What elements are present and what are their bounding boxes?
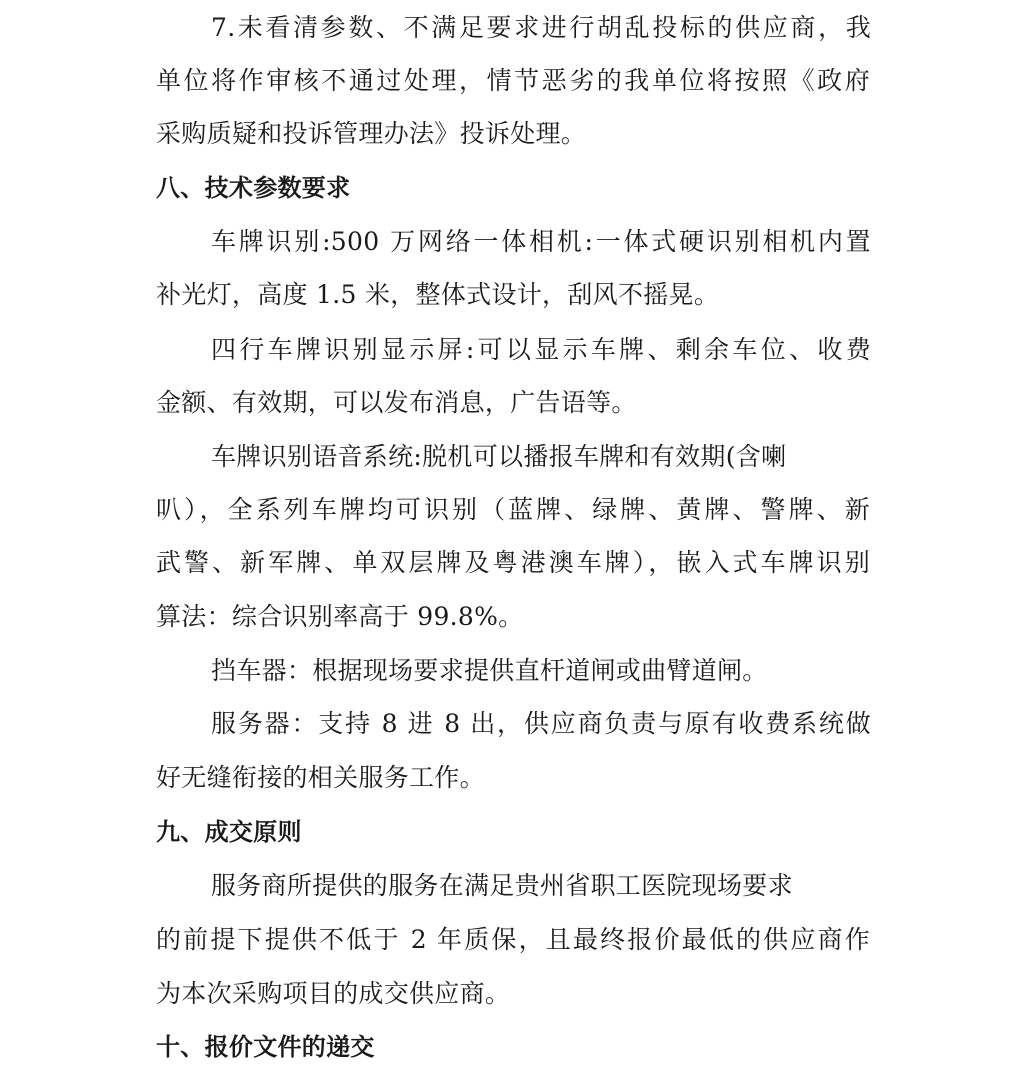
- section-heading-technical-params: 八、技术参数要求: [156, 170, 870, 206]
- voice-system-line-3: 武警、新军牌、单双层牌及粤港澳车牌），嵌入式车牌识别: [156, 545, 870, 581]
- server-line-2: 好无缝衔接的相关服务工作。: [156, 760, 870, 796]
- award-principle-line-2: 的前提下提供不低于 2 年质保，且最终报价最低的供应商作: [156, 922, 870, 958]
- plate-recognition-line-1: 车牌识别:500 万网络一体相机:一体式硬识别相机内置: [211, 224, 871, 260]
- barrier-gate-line-1: 挡车器：根据现场要求提供直杆道闸或曲臂道闸。: [211, 653, 871, 689]
- award-principle-line-1: 服务商所提供的服务在满足贵州省职工医院现场要求: [211, 868, 871, 904]
- plate-recognition-line-2: 补光灯，高度 1.5 米，整体式设计，刮风不摇晃。: [156, 277, 870, 313]
- clause-7-line-3: 采购质疑和投诉管理办法》投诉处理。: [156, 116, 870, 152]
- clause-7-line-1: 7.未看清参数、不满足要求进行胡乱投标的供应商，我: [211, 10, 871, 46]
- voice-system-line-1: 车牌识别语音系统:脱机可以播报车牌和有效期(含喇: [211, 439, 871, 475]
- section-heading-quote-submission: 十、报价文件的递交: [156, 1029, 870, 1065]
- section-heading-award-principle: 九、成交原则: [156, 814, 870, 850]
- clause-7-line-2: 单位将作审核不通过处理，情节恶劣的我单位将按照《政府: [156, 63, 870, 99]
- voice-system-line-2: 叭），全系列车牌均可识别（蓝牌、绿牌、黄牌、警牌、新: [156, 492, 870, 528]
- voice-system-line-4: 算法：综合识别率高于 99.8%。: [156, 599, 870, 635]
- document-page: 7.未看清参数、不满足要求进行胡乱投标的供应商，我 单位将作审核不通过处理，情节…: [0, 0, 1024, 1071]
- server-line-1: 服务器：支持 8 进 8 出，供应商负责与原有收费系统做: [211, 706, 871, 742]
- display-screen-line-2: 金额、有效期，可以发布消息，广告语等。: [156, 385, 870, 421]
- award-principle-line-3: 为本次采购项目的成交供应商。: [156, 976, 870, 1012]
- display-screen-line-1: 四行车牌识别显示屏:可以显示车牌、剩余车位、收费: [211, 332, 871, 368]
